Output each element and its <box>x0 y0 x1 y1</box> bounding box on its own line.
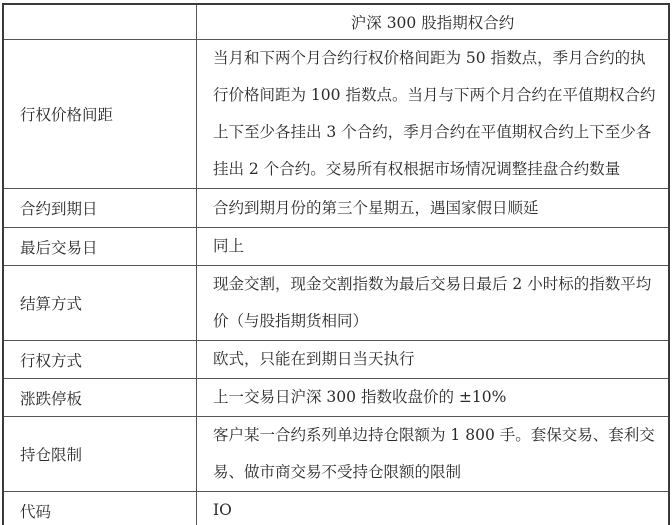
header-label-cell <box>3 4 197 40</box>
value-line: 现金交割，现金交割指数为最后交易日最后 2 小时标的指数平均 <box>213 266 658 303</box>
table-row-expiry-date: 合约到期日 合约到期月份的第三个星期五，遇国家假日顺延 <box>3 189 669 228</box>
value-line: 当月和下两个月合约行权价格间距为 50 指数点，季月合约的执 <box>213 40 658 77</box>
row-value: 上一交易日沪深 300 指数收盘价的 ±10% <box>197 379 670 417</box>
row-value: 欧式，只能在到期日当天执行 <box>197 341 670 379</box>
row-value: 当月和下两个月合约行权价格间距为 50 指数点，季月合约的执 行价格间距为 10… <box>197 40 670 189</box>
value-line: 易、做市商交易不受持仓限额的限制 <box>213 454 658 491</box>
table-header-row: 沪深 300 股指期权合约 <box>3 4 669 40</box>
value-line: 挂出 2 个合约。交易所有权根据市场情况调整挂盘合约数量 <box>213 151 658 188</box>
row-label: 代码 <box>3 492 197 525</box>
value-line: 行价格间距为 100 指数点。当月与下两个月合约在平值期权合约 <box>213 77 658 114</box>
row-label: 行权方式 <box>3 341 197 379</box>
row-value: IO <box>197 492 670 525</box>
row-value: 客户某一合约系列单边持仓限额为 1 800 手。套保交易、套利交 易、做市商交易… <box>197 417 670 492</box>
contract-spec-table: 沪深 300 股指期权合约 行权价格间距 当月和下两个月合约行权价格间距为 50… <box>2 3 670 525</box>
row-value: 合约到期月份的第三个星期五，遇国家假日顺延 <box>197 189 670 228</box>
value-line: 价（与股指期货相同） <box>213 303 658 340</box>
value-line: 上下至少各挂出 3 个合约，季月合约在平值期权合约上下至少各 <box>213 114 658 151</box>
table-row-strike-interval: 行权价格间距 当月和下两个月合约行权价格间距为 50 指数点，季月合约的执 行价… <box>3 40 669 189</box>
header-title-cell: 沪深 300 股指期权合约 <box>197 4 670 40</box>
table-row-exercise-style: 行权方式 欧式，只能在到期日当天执行 <box>3 341 669 379</box>
row-label: 最后交易日 <box>3 228 197 266</box>
value-line: 欧式，只能在到期日当天执行 <box>213 341 658 378</box>
value-line: IO <box>213 492 658 525</box>
row-label: 合约到期日 <box>3 189 197 228</box>
row-value: 同上 <box>197 228 670 266</box>
row-label: 结算方式 <box>3 266 197 341</box>
row-label: 涨跌停板 <box>3 379 197 417</box>
table-row-last-trading-day: 最后交易日 同上 <box>3 228 669 266</box>
value-line: 合约到期月份的第三个星期五，遇国家假日顺延 <box>213 190 658 227</box>
row-label: 行权价格间距 <box>3 40 197 189</box>
row-value: 现金交割，现金交割指数为最后交易日最后 2 小时标的指数平均 价（与股指期货相同… <box>197 266 670 341</box>
table-row-position-limit: 持仓限制 客户某一合约系列单边持仓限额为 1 800 手。套保交易、套利交 易、… <box>3 417 669 492</box>
table-row-price-limit: 涨跌停板 上一交易日沪深 300 指数收盘价的 ±10% <box>3 379 669 417</box>
value-line: 同上 <box>213 228 658 265</box>
value-line: 客户某一合约系列单边持仓限额为 1 800 手。套保交易、套利交 <box>213 417 658 454</box>
table-row-code: 代码 IO <box>3 492 669 525</box>
table-row-settlement: 结算方式 现金交割，现金交割指数为最后交易日最后 2 小时标的指数平均 价（与股… <box>3 266 669 341</box>
row-label: 持仓限制 <box>3 417 197 492</box>
value-line: 上一交易日沪深 300 指数收盘价的 ±10% <box>213 379 658 416</box>
